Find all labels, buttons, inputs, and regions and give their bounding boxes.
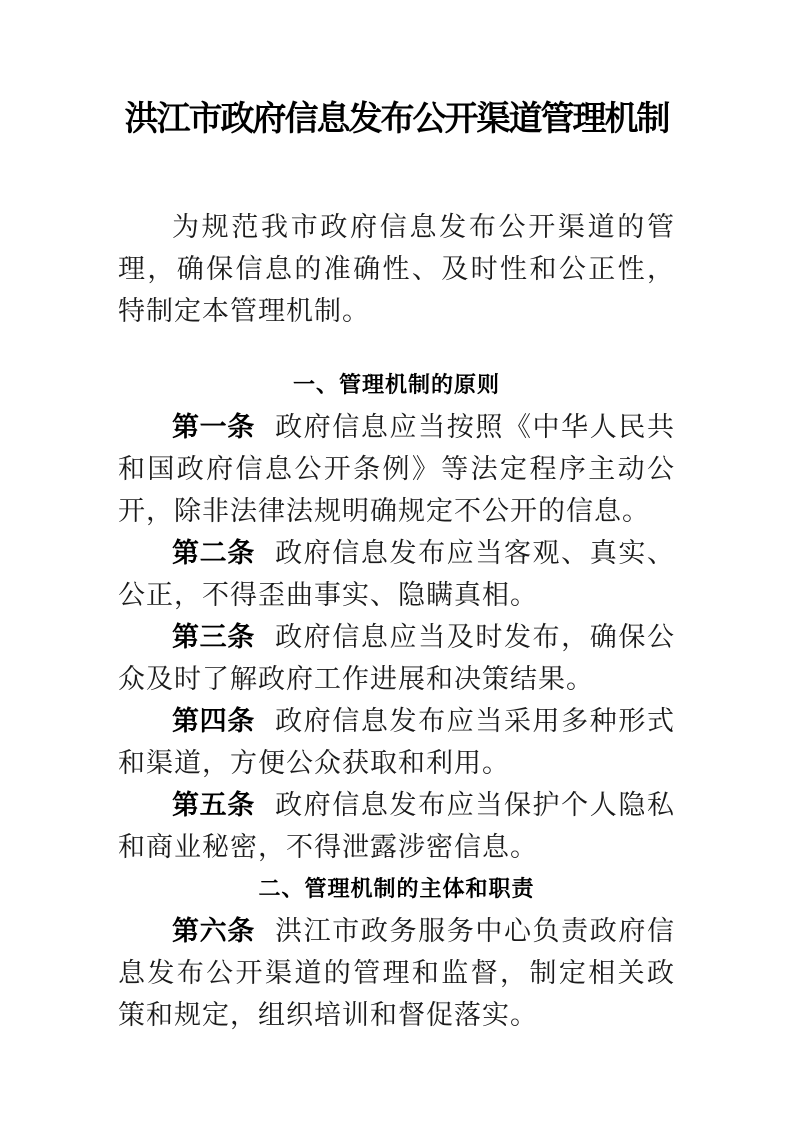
article-2-label: 第二条 [172,538,255,568]
document-page: 洪江市政府信息发布公开渠道管理机制 为规范我市政府信息发布公开渠道的管理，确保信… [0,0,793,1122]
article-4: 第四条政府信息发布应当采用多种形式和渠道，方便公众获取和利用。 [118,700,675,784]
article-5-label: 第五条 [172,790,255,820]
article-3-label: 第三条 [172,622,255,652]
section-2-heading: 二、管理机制的主体和职责 [118,868,675,910]
article-2: 第二条政府信息发布应当客观、真实、公正，不得歪曲事实、隐瞒真相。 [118,532,675,616]
intro-paragraph: 为规范我市政府信息发布公开渠道的管理，确保信息的准确性、及时性和公正性，特制定本… [118,206,675,332]
article-4-label: 第四条 [172,706,255,736]
article-1: 第一条政府信息应当按照《中华人民共和国政府信息公开条例》等法定程序主动公开，除非… [118,406,675,532]
article-6: 第六条洪江市政务服务中心负责政府信息发布公开渠道的管理和监督，制定相关政策和规定… [118,910,675,1036]
section-1-heading: 一、管理机制的原则 [118,364,675,406]
article-5: 第五条政府信息发布应当保护个人隐私和商业秘密，不得泄露涉密信息。 [118,784,675,868]
article-3: 第三条政府信息应当及时发布，确保公众及时了解政府工作进展和决策结果。 [118,616,675,700]
article-6-label: 第六条 [172,916,255,946]
article-1-label: 第一条 [172,412,255,442]
document-title: 洪江市政府信息发布公开渠道管理机制 [118,96,675,144]
